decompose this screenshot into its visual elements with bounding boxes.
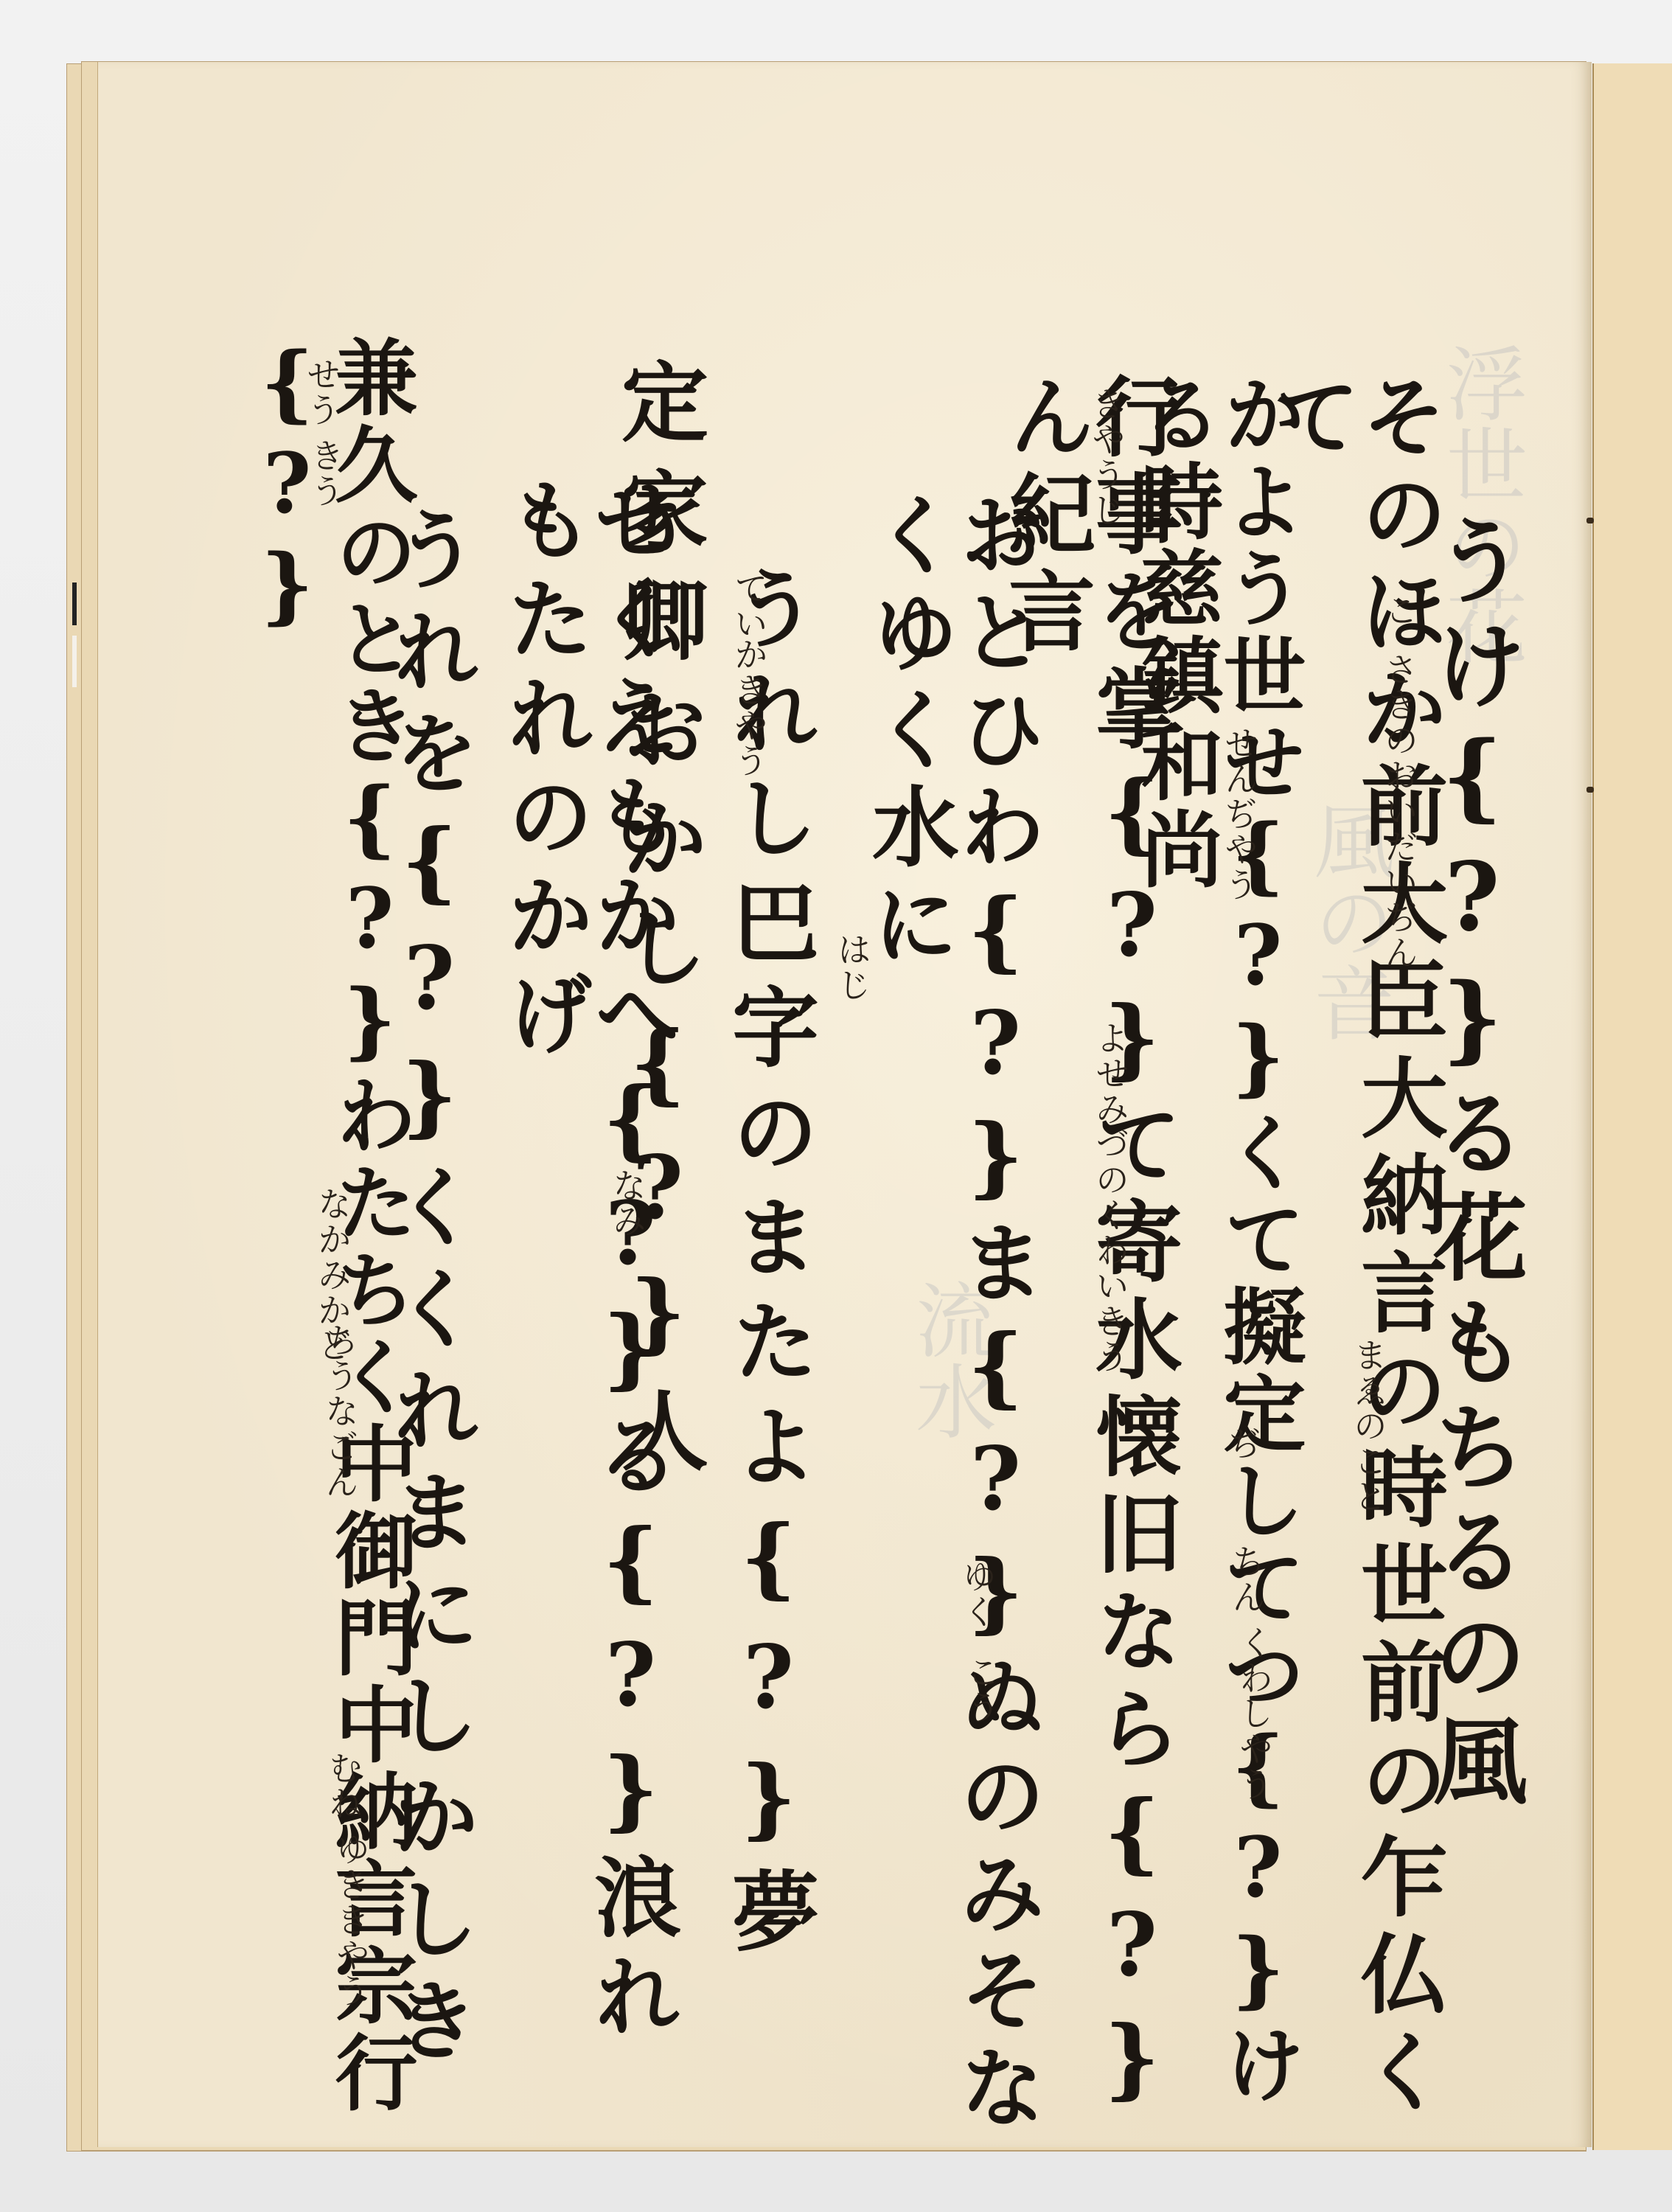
ruby-annotation: かきやう	[732, 637, 766, 779]
ruby-annotation: なみ	[610, 1168, 644, 1239]
ruby-annotation: こう	[964, 1655, 998, 1725]
ruby-annotation: きう	[308, 438, 342, 509]
manuscript-page: 浮世の花 風の音 流水 うけ{?}る花もちるの風 そのほか前大臣大納言の時世前の…	[97, 62, 1592, 2147]
ruby-annotation: むね	[327, 1750, 360, 1821]
ruby-annotation: せう	[304, 357, 338, 428]
ruby-annotation: ゆききやう	[334, 1832, 368, 2008]
ruby-annotation: ちん	[1230, 1544, 1264, 1615]
edge-tab-marker	[72, 582, 77, 625]
ruby-annotation: よせみづのくわいきう	[1093, 1020, 1127, 1374]
ruby-annotation: こ	[1382, 593, 1416, 628]
text-column-8: せくえもかへ{?}る{?}浪れもたれのかげ	[500, 475, 674, 2147]
facing-page-edge	[1592, 63, 1672, 2150]
ruby-annotation: きやうじ	[1090, 386, 1124, 528]
ruby-annotation: ちうなごん	[323, 1323, 357, 1500]
ruby-annotation: まゑのこと	[1351, 1338, 1385, 1514]
ruby-annotation: さきのおいだいぢん	[1382, 652, 1416, 970]
ruby-annotation: はじ	[835, 932, 869, 1003]
ruby-annotation: ゆく	[961, 1559, 995, 1630]
text-column-5: おとひわ{?}ま{?}ぬのみそなくゆく水に	[865, 490, 1039, 2147]
edge-tab-marker	[72, 636, 77, 687]
binding-hole	[1586, 518, 1594, 524]
ruby-annotation: せんぢやう	[1222, 726, 1256, 902]
ruby-annotation: ぢ	[1226, 1426, 1260, 1461]
ruby-annotation: くわしやう	[1237, 1625, 1271, 1802]
ruby-annotation: てい	[732, 571, 766, 641]
binding-hole	[1586, 787, 1594, 793]
